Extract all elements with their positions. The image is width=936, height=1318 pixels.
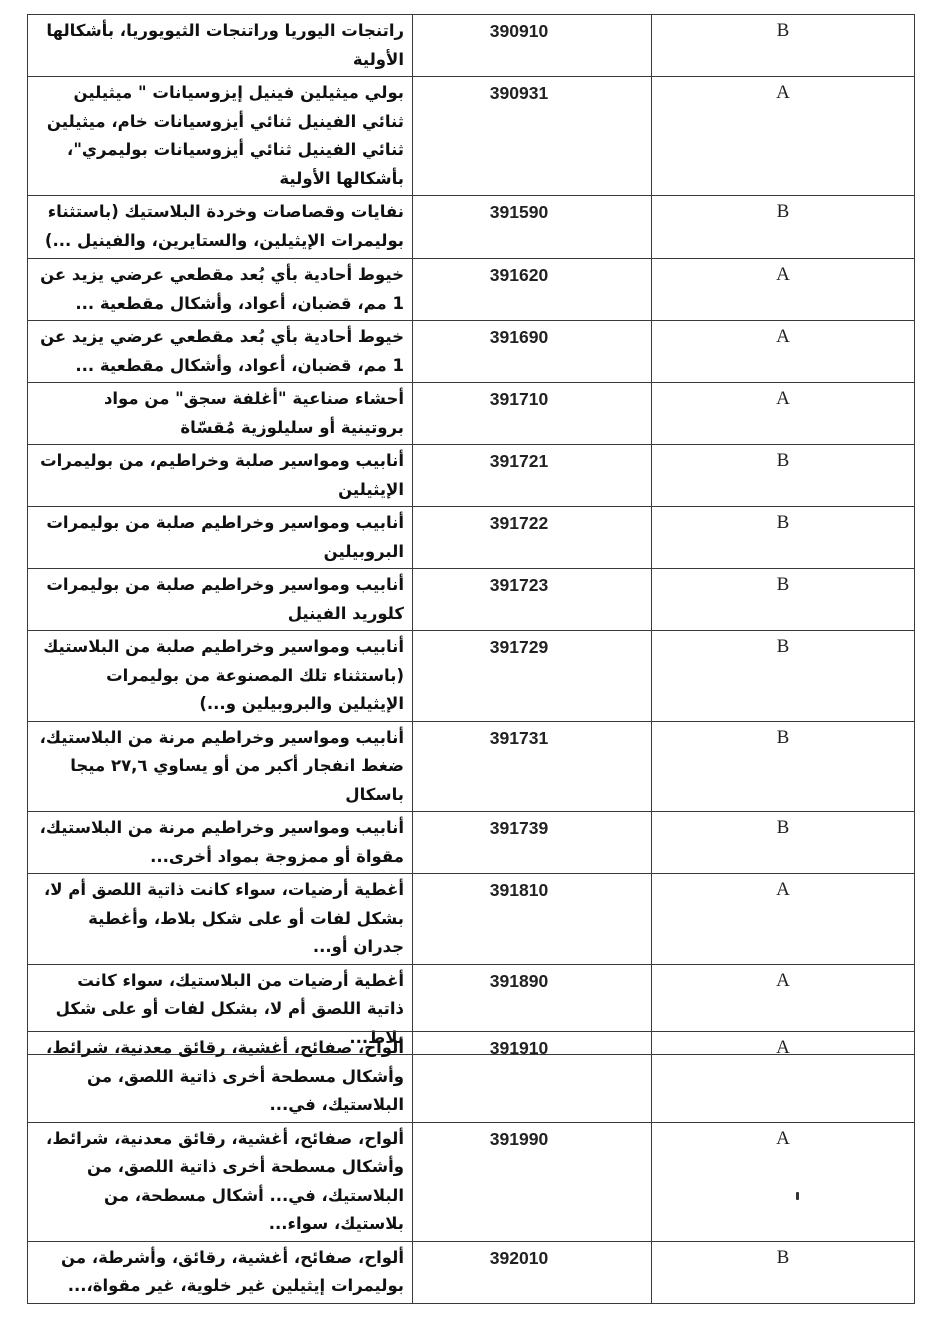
category-cell: A (652, 1122, 915, 1241)
product-description-cell: أنابيب ومواسير وخراطيم صلبة من بوليمرات … (28, 507, 413, 569)
product-description-cell: ألواح، صفائح، أغشية، رقائق، وأشرطة، من ب… (28, 1241, 413, 1303)
hs-code-cell: 391729 (413, 631, 652, 722)
product-description-cell: أنابيب ومواسير صلبة وخراطيم، من بوليمرات… (28, 445, 413, 507)
hs-code-cell: 391721 (413, 445, 652, 507)
hs-code-cell: 391910 (413, 1032, 652, 1123)
hs-code-cell: 391722 (413, 507, 652, 569)
category-cell: B (652, 196, 915, 259)
category-cell: B (652, 721, 915, 812)
category-cell: A (652, 77, 915, 196)
table-row: ألواح، صفائح، أغشية، رقائق معدنية، شرائط… (28, 1122, 915, 1241)
table-row: أنابيب ومواسير وخراطيم صلبة من بوليمرات … (28, 507, 915, 569)
category-cell: A (652, 383, 915, 445)
table-1-body: راتنجات اليوريا وراتنجات الثيويوريا، بأش… (28, 15, 915, 1055)
category-cell: B (652, 445, 915, 507)
category-cell: B (652, 631, 915, 722)
category-cell: A (652, 1032, 915, 1123)
table-row: ألواح، صفائح، أغشية، رقائق، وأشرطة، من ب… (28, 1241, 915, 1303)
product-description-cell: ألواح، صفائح، أغشية، رقائق معدنية، شرائط… (28, 1032, 413, 1123)
product-description-cell: خيوط أحادية بأي بُعد مقطعي عرضي يزيد عن … (28, 321, 413, 383)
product-description-cell: ألواح، صفائح، أغشية، رقائق معدنية، شرائط… (28, 1122, 413, 1241)
tariff-table-2: ألواح، صفائح، أغشية، رقائق معدنية، شرائط… (27, 1031, 915, 1304)
table-row: أغطية أرضيات، سواء كانت ذاتية اللصق أم ل… (28, 874, 915, 965)
tariff-table-1: راتنجات اليوريا وراتنجات الثيويوريا، بأش… (27, 14, 915, 1055)
table-row: أحشاء صناعية "أغلفة سجق" من مواد بروتيني… (28, 383, 915, 445)
scan-speck-mark (796, 1192, 799, 1200)
hs-code-cell: 391731 (413, 721, 652, 812)
hs-code-cell: 390931 (413, 77, 652, 196)
category-cell: A (652, 874, 915, 965)
product-description-cell: أنابيب ومواسير وخراطيم صلبة من البلاستيك… (28, 631, 413, 722)
product-description-cell: راتنجات اليوريا وراتنجات الثيويوريا، بأش… (28, 15, 413, 77)
product-description-cell: أنابيب ومواسير وخراطيم صلبة من بوليمرات … (28, 569, 413, 631)
table-row: خيوط أحادية بأي بُعد مقطعي عرضي يزيد عن … (28, 321, 915, 383)
product-description-cell: نفايات وقصاصات وخردة البلاستيك (باستثناء… (28, 196, 413, 259)
hs-code-cell: 390910 (413, 15, 652, 77)
hs-code-cell: 391723 (413, 569, 652, 631)
product-description-cell: بولي ميثيلين فينيل إيزوسيانات " ميثيلين … (28, 77, 413, 196)
hs-code-cell: 391710 (413, 383, 652, 445)
category-cell: B (652, 812, 915, 874)
hs-code-cell: 391739 (413, 812, 652, 874)
table-row: راتنجات اليوريا وراتنجات الثيويوريا، بأش… (28, 15, 915, 77)
table-2-body: ألواح، صفائح، أغشية، رقائق معدنية، شرائط… (28, 1032, 915, 1304)
category-cell: B (652, 15, 915, 77)
product-description-cell: أنابيب ومواسير وخراطيم مرنة من البلاستيك… (28, 721, 413, 812)
product-description-cell: أغطية أرضيات، سواء كانت ذاتية اللصق أم ل… (28, 874, 413, 965)
table-row: بولي ميثيلين فينيل إيزوسيانات " ميثيلين … (28, 77, 915, 196)
hs-code-cell: 392010 (413, 1241, 652, 1303)
product-description-cell: أنابيب ومواسير وخراطيم مرنة من البلاستيك… (28, 812, 413, 874)
hs-code-cell: 391620 (413, 259, 652, 321)
category-cell: B (652, 1241, 915, 1303)
table-row: أنابيب ومواسير وخراطيم صلبة من البلاستيك… (28, 631, 915, 722)
hs-code-cell: 391810 (413, 874, 652, 965)
table-row: أنابيب ومواسير وخراطيم مرنة من البلاستيك… (28, 721, 915, 812)
product-description-cell: أحشاء صناعية "أغلفة سجق" من مواد بروتيني… (28, 383, 413, 445)
table-row: خيوط أحادية بأي بُعد مقطعي عرضي يزيد عن … (28, 259, 915, 321)
category-cell: B (652, 507, 915, 569)
table-row: أنابيب ومواسير وخراطيم صلبة من بوليمرات … (28, 569, 915, 631)
category-cell: B (652, 569, 915, 631)
table-row: نفايات وقصاصات وخردة البلاستيك (باستثناء… (28, 196, 915, 259)
category-cell: A (652, 259, 915, 321)
table-row: ألواح، صفائح، أغشية، رقائق معدنية، شرائط… (28, 1032, 915, 1123)
table-row: أنابيب ومواسير وخراطيم مرنة من البلاستيك… (28, 812, 915, 874)
category-cell: A (652, 321, 915, 383)
hs-code-cell: 391990 (413, 1122, 652, 1241)
product-description-cell: خيوط أحادية بأي بُعد مقطعي عرضي يزيد عن … (28, 259, 413, 321)
hs-code-cell: 391590 (413, 196, 652, 259)
table-row: أنابيب ومواسير صلبة وخراطيم، من بوليمرات… (28, 445, 915, 507)
hs-code-cell: 391690 (413, 321, 652, 383)
